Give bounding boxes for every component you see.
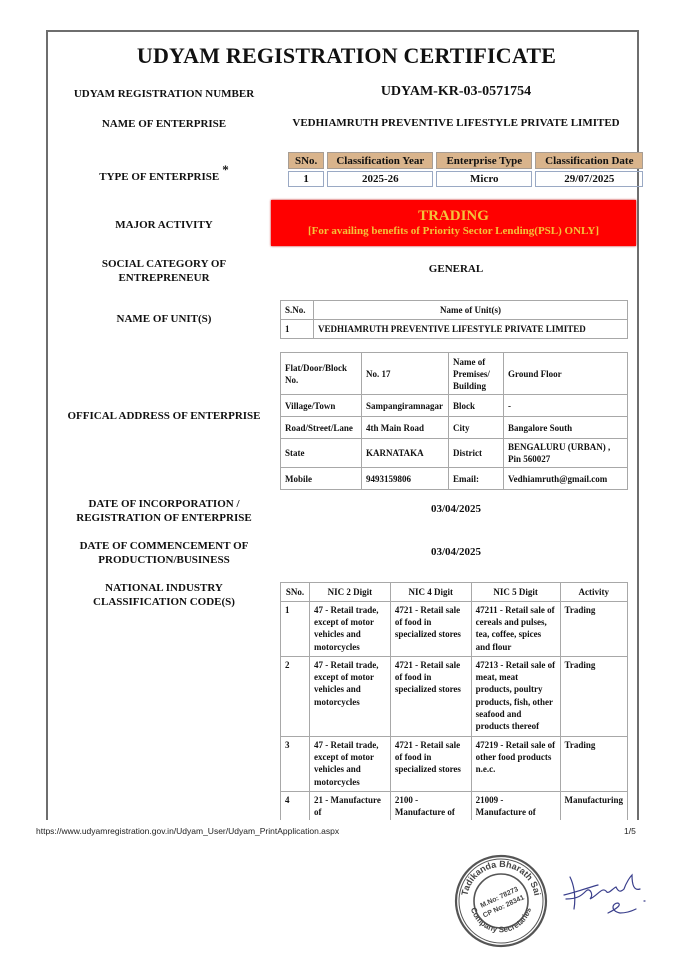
nic-label-line1: NATIONAL INDUSTRY [48,581,280,595]
table-header-row: S.No. Name of Unit(s) [281,301,628,320]
cell-value: Sampangiramnagar [362,395,449,417]
table-row: Flat/Door/Block No. No. 17 Name of Premi… [281,353,628,395]
units-table: S.No. Name of Unit(s) 1 VEDHIAMRUTH PREV… [280,300,628,339]
cell-key: District [449,439,504,468]
cell-value: KARNATAKA [362,439,449,468]
enterprise-name-label: NAME OF ENTERPRISE [48,117,280,131]
cell-sno: 3 [281,737,310,792]
cell-key: State [281,439,362,468]
header-nic2: NIC 2 Digit [309,583,390,602]
cell-key: Mobile [281,468,362,490]
page-number: 1/5 [624,826,636,836]
social-category-label: SOCIAL CATEGORY OF ENTREPRENEUR [48,257,280,285]
header-activity: Activity [560,583,628,602]
header-sno: S.No. [281,301,314,320]
cell-activity: Trading [560,657,628,737]
commencement-date-label: DATE OF COMMENCEMENT OF PRODUCTION/BUSIN… [48,539,280,567]
company-secretary-seal-icon: Tadikanda Bharath Sai Company Secretarie… [453,853,549,949]
header-sno: SNo. [281,583,310,602]
major-activity-banner: TRADING [For availing benefits of Priori… [271,200,636,246]
table-row: 1 VEDHIAMRUTH PREVENTIVE LIFESTYLE PRIVA… [281,320,628,339]
table-header-row: SNo. Classification Year Enterprise Type… [288,152,643,169]
cell-value: - [504,395,628,417]
header-classification-year: Classification Year [327,152,433,169]
social-category-label-line2: ENTREPRENEUR [48,271,280,285]
cell-nic4: 4721 - Retail sale of food in specialize… [390,657,471,737]
nic-codes-table: SNo. NIC 2 Digit NIC 4 Digit NIC 5 Digit… [280,582,628,828]
header-classification-date: Classification Date [535,152,643,169]
cell-nic4: 4721 - Retail sale of food in specialize… [390,602,471,657]
cell-classification-year: 2025-26 [327,171,433,187]
cell-value: Bangalore South [504,417,628,439]
table-row: Road/Street/Lane 4th Main Road City Bang… [281,417,628,439]
enterprise-name-value: VEDHIAMRUTH PREVENTIVE LIFESTYLE PRIVATE… [278,117,634,129]
cell-nic2: 47 - Retail trade, except of motor vehic… [309,657,390,737]
registration-number-label: UDYAM REGISTRATION NUMBER [48,87,280,101]
cell-nic2: 47 - Retail trade, except of motor vehic… [309,602,390,657]
nic-label-line2: CLASSIFICATION CODE(S) [48,595,280,609]
cell-key: City [449,417,504,439]
cell-value: 9493159806 [362,468,449,490]
print-url: https://www.udyamregistration.gov.in/Udy… [36,826,339,836]
cell-key: Email: [449,468,504,490]
commencement-label-line1: DATE OF COMMENCEMENT OF [48,539,280,553]
email-link[interactable]: Vedhiamruth@gmail.com [504,468,628,490]
cell-activity: Trading [560,602,628,657]
incorporation-date-value: 03/04/2025 [278,503,634,515]
cell-unit-name: VEDHIAMRUTH PREVENTIVE LIFESTYLE PRIVATE… [314,320,628,339]
cell-key: Village/Town [281,395,362,417]
table-row: Village/Town Sampangiramnagar Block - [281,395,628,417]
enterprise-type-table: SNo. Classification Year Enterprise Type… [285,150,646,189]
cell-sno: 1 [288,171,324,187]
cell-sno: 2 [281,657,310,737]
cell-sno: 1 [281,602,310,657]
header-sno: SNo. [288,152,324,169]
table-row: 1 47 - Retail trade, except of motor veh… [281,602,628,657]
cell-key: Road/Street/Lane [281,417,362,439]
table-row: 3 47 - Retail trade, except of motor veh… [281,737,628,792]
table-header-row: SNo. NIC 2 Digit NIC 4 Digit NIC 5 Digit… [281,583,628,602]
incorporation-date-label: DATE OF INCORPORATION / REGISTRATION OF … [48,497,280,525]
header-unit-name: Name of Unit(s) [314,301,628,320]
table-row: Mobile 9493159806 Email: Vedhiamruth@gma… [281,468,628,490]
header-nic4: NIC 4 Digit [390,583,471,602]
cell-value: BENGALURU (URBAN) , Pin 560027 [504,439,628,468]
cell-value: Ground Floor [504,353,628,395]
cell-classification-date: 29/07/2025 [535,171,643,187]
cell-key: Block [449,395,504,417]
certificate-title: UDYAM REGISTRATION CERTIFICATE [0,43,693,69]
table-row: 1 2025-26 Micro 29/07/2025 [288,171,643,187]
type-of-enterprise-label: TYPE OF ENTERPRISE* [48,163,280,184]
incorporation-label-line1: DATE OF INCORPORATION / [48,497,280,511]
cell-value: No. 17 [362,353,449,395]
registration-number-value: UDYAM-KR-03-0571754 [278,84,634,100]
type-of-enterprise-label-text: TYPE OF ENTERPRISE [99,171,219,183]
cell-sno: 1 [281,320,314,339]
social-category-label-line1: SOCIAL CATEGORY OF [48,257,280,271]
signature-icon [560,865,660,925]
major-activity-value: TRADING [271,208,636,224]
cell-nic4: 4721 - Retail sale of food in specialize… [390,737,471,792]
header-nic5: NIC 5 Digit [471,583,560,602]
address-table: Flat/Door/Block No. No. 17 Name of Premi… [280,352,628,490]
name-of-units-label: NAME OF UNIT(S) [48,312,280,326]
asterisk-marker: * [222,162,229,177]
cell-key: Flat/Door/Block No. [281,353,362,395]
incorporation-label-line2: REGISTRATION OF ENTERPRISE [48,511,280,525]
commencement-label-line2: PRODUCTION/BUSINESS [48,553,280,567]
header-enterprise-type: Enterprise Type [436,152,532,169]
table-row: 2 47 - Retail trade, except of motor veh… [281,657,628,737]
cell-key: Name of Premises/ Building [449,353,504,395]
cell-nic2: 47 - Retail trade, except of motor vehic… [309,737,390,792]
commencement-date-value: 03/04/2025 [278,546,634,558]
cell-value: 4th Main Road [362,417,449,439]
seal-name: Tadikanda Bharath Sai [459,859,542,897]
svg-text:Tadikanda Bharath Sai: Tadikanda Bharath Sai [459,859,542,897]
cell-enterprise-type: Micro [436,171,532,187]
psl-note: [For availing benefits of Priority Secto… [271,224,636,238]
social-category-value: GENERAL [278,263,634,275]
cell-nic5: 47211 - Retail sale of cereals and pulse… [471,602,560,657]
major-activity-label: MAJOR ACTIVITY [48,218,280,232]
official-address-label: OFFICAL ADDRESS OF ENTERPRISE [48,409,280,423]
table-row: State KARNATAKA District BENGALURU (URBA… [281,439,628,468]
nic-label: NATIONAL INDUSTRY CLASSIFICATION CODE(S) [48,581,280,609]
cell-nic5: 47219 - Retail sale of other food produc… [471,737,560,792]
cell-activity: Trading [560,737,628,792]
cell-nic5: 47213 - Retail sale of meat, meat produc… [471,657,560,737]
